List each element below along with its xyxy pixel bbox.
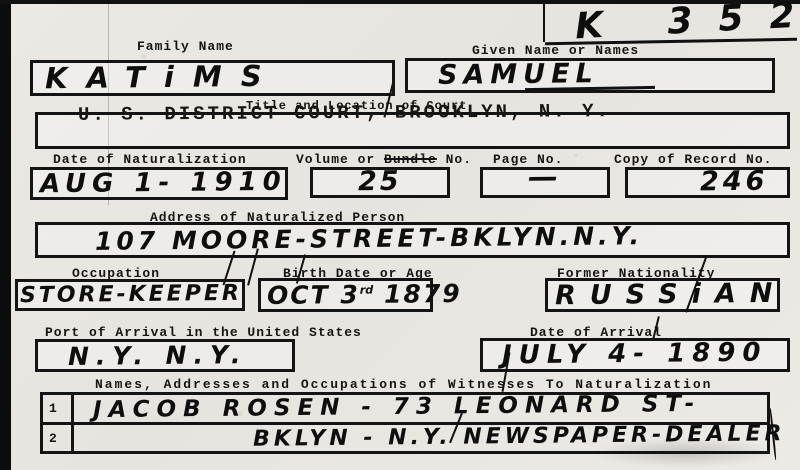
volume-label: Volume or Bundle No. [296,152,472,167]
witness-2-number: 2 [49,431,57,446]
witness-1-number: 1 [49,401,57,416]
occupation-value: STORE-KEEPER [20,281,242,308]
address-value: 107 MOORE-STREET-BKLYN.N.Y. [95,221,643,256]
witness-2-text: BKLYN - N.Y. NEWSPAPER-DEALER [253,421,786,452]
volume-value: 25 [358,166,402,197]
port-of-arrival-value: N.Y. N.Y. [68,340,248,371]
page-value: — [528,160,558,195]
family-name-label: Family Name [137,39,234,54]
copy-of-record-value: 246 [700,166,769,198]
date-of-arrival-value: JULY 4- 1890 [502,338,768,371]
birth-value: OCT 3rd 1879 [267,279,462,310]
family-name-value: KATiMS [45,59,281,95]
date-of-naturalization-label: Date of Naturalization [53,152,247,167]
witnesses-table: 1 2 JACOB ROSEN - 73 LEONARD ST- BKLYN -… [40,392,770,454]
former-nationality-value: RUSSiAN [555,278,787,311]
volume-label-prefix: Volume or [296,152,384,167]
witness-1-text: JACOB ROSEN - 73 LEONARD ST- [93,391,701,423]
witnesses-label: Names, Addresses and Occupations of Witn… [95,377,712,392]
port-of-arrival-label: Port of Arrival in the United States [45,325,362,340]
court-value: U. S. DISTRICT COURT, BROOKLYN, N. Y. [78,100,611,126]
serial-corner-line [543,2,545,42]
copy-of-record-label: Copy of Record No. [614,152,772,167]
date-of-naturalization-value: AUG 1- 1910 [40,167,287,200]
volume-label-struck: Bundle [384,152,437,167]
naturalization-index-card: K 352 Family Name KATiMS Given Name or N… [0,0,800,470]
given-name-label: Given Name or Names [472,43,639,58]
scan-edge-left [0,0,11,470]
volume-label-suffix: No. [437,152,472,167]
witness-number-divider [71,395,74,451]
given-name-value: SAMUEL [438,58,599,91]
